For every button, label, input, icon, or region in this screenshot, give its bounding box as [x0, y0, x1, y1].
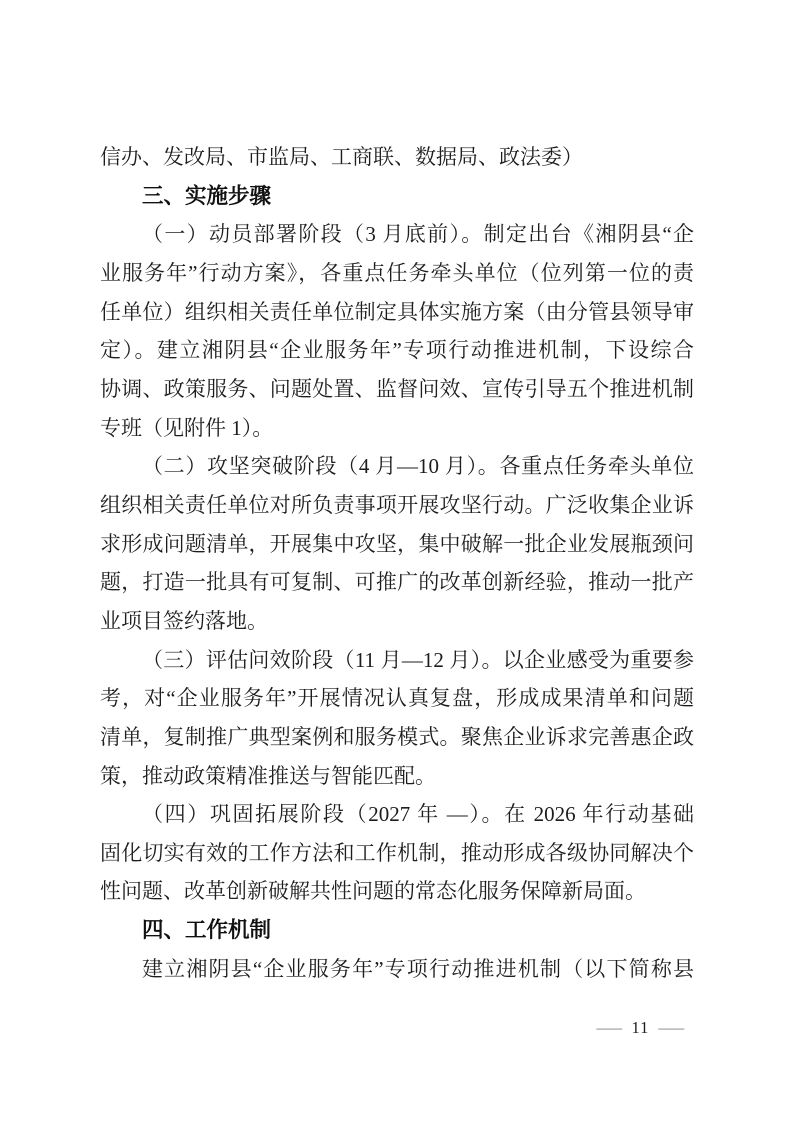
text-line: 求形成问题清单，开展集中攻坚，集中破解一批企业发展瓶颈问	[100, 525, 694, 564]
text-line: 业服务年”行动方案》，各重点任务牵头单位（位列第一位的责	[100, 254, 694, 293]
page-number: — 11 —	[601, 1015, 680, 1041]
page-number-value: 11	[632, 1018, 650, 1038]
text-line: 任单位）组织相关责任单位制定具体实施方案（由分管县领导审	[100, 293, 694, 332]
text-line: 考，对“企业服务年”开展情况认真复盘，形成成果清单和问题	[100, 679, 694, 718]
document-body: 信办、发改局、市监局、工商联、数据局、政法委） 三、实施步骤 （一）动员部署阶段…	[100, 138, 694, 988]
text-line: （三）评估问效阶段（11 月—12 月）。以企业感受为重要参	[100, 641, 694, 680]
text-line: 信办、发改局、市监局、工商联、数据局、政法委）	[100, 138, 694, 177]
text-line: （四）巩固拓展阶段（2027 年 —）。在 2026 年行动基础上，	[100, 795, 694, 834]
text-line: 专班（见附件 1）。	[100, 409, 694, 448]
text-line: 组织相关责任单位对所负责事项开展攻坚行动。广泛收集企业诉	[100, 486, 694, 525]
text-line: 协调、政策服务、问题处置、监督问效、宣传引导五个推进机制	[100, 370, 694, 409]
text-line: 策，推动政策精准推送与智能匹配。	[100, 757, 694, 796]
page-number-dash-left: —	[596, 1018, 622, 1038]
section-heading-3: 三、实施步骤	[100, 177, 694, 216]
text-line: （二）攻坚突破阶段（4 月—10 月）。各重点任务牵头单位	[100, 447, 694, 486]
text-line: （一）动员部署阶段（3 月底前）。制定出台《湘阴县“企	[100, 215, 694, 254]
page-number-dash-right: —	[659, 1018, 685, 1038]
text-line: 题，打造一批具有可复制、可推广的改革创新经验，推动一批产	[100, 563, 694, 602]
text-line: 定）。建立湘阴县“企业服务年”专项行动推进机制，下设综合	[100, 331, 694, 370]
section-heading-4: 四、工作机制	[100, 911, 694, 950]
text-line: 建立湘阴县“企业服务年”专项行动推进机制（以下简称县	[100, 950, 694, 989]
text-line: 固化切实有效的工作方法和工作机制，推动形成各级协同解决个	[100, 834, 694, 873]
text-line: 性问题、改革创新破解共性问题的常态化服务保障新局面。	[100, 872, 694, 911]
document-page: 信办、发改局、市监局、工商联、数据局、政法委） 三、实施步骤 （一）动员部署阶段…	[0, 0, 793, 1122]
text-line: 清单，复制推广典型案例和服务模式。聚焦企业诉求完善惠企政	[100, 718, 694, 757]
text-line: 业项目签约落地。	[100, 602, 694, 641]
